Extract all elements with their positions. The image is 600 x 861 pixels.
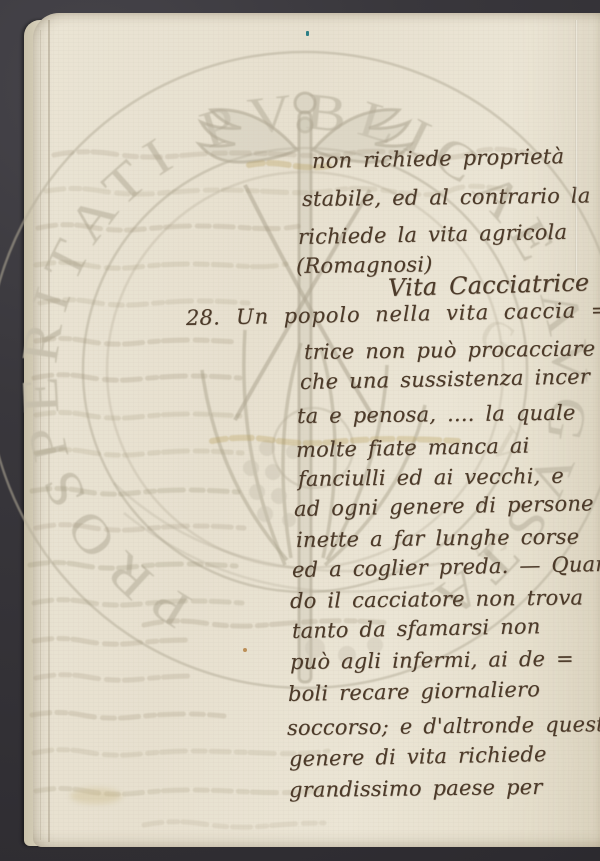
quote-line: non richiede proprietà — [312, 144, 565, 174]
item-line: trice non può procacciare — [304, 336, 596, 365]
item-line: tanto da sfamarsi non — [292, 614, 541, 644]
page-fold-crease — [575, 20, 578, 275]
item-line: boli recare giornaliero — [288, 677, 541, 707]
item-line: fanciulli ed ai vecchi, e — [298, 464, 564, 492]
item-line: molte fiate manca ai — [296, 434, 530, 464]
quote-line: richiede la vita agricola — [298, 220, 568, 250]
paper-stain — [70, 788, 122, 804]
item-line: do il cacciatore non trova — [290, 585, 584, 614]
quote-line: stabile, ed al contrario la — [302, 183, 591, 212]
item-line: soccorso; e d'altronde questo — [287, 712, 600, 741]
item-line: genere di vita richiede — [289, 742, 547, 772]
item-line: inette a far lunghe corse — [296, 525, 580, 554]
item-line: può agli infermi, ai de = — [290, 647, 574, 676]
item-number: 28. — [186, 305, 220, 330]
scanned-manuscript-page: PROSPERITATI PVBLICAE AVGVSTAE — [0, 0, 600, 861]
ink-speck — [243, 648, 247, 652]
section-heading: Vita Cacciatrice — [388, 268, 590, 302]
item-line: ta e penosa, .... la quale — [297, 401, 576, 430]
item-line: grandissimo paese per — [289, 775, 543, 803]
teal-fiber-speck — [306, 31, 309, 36]
